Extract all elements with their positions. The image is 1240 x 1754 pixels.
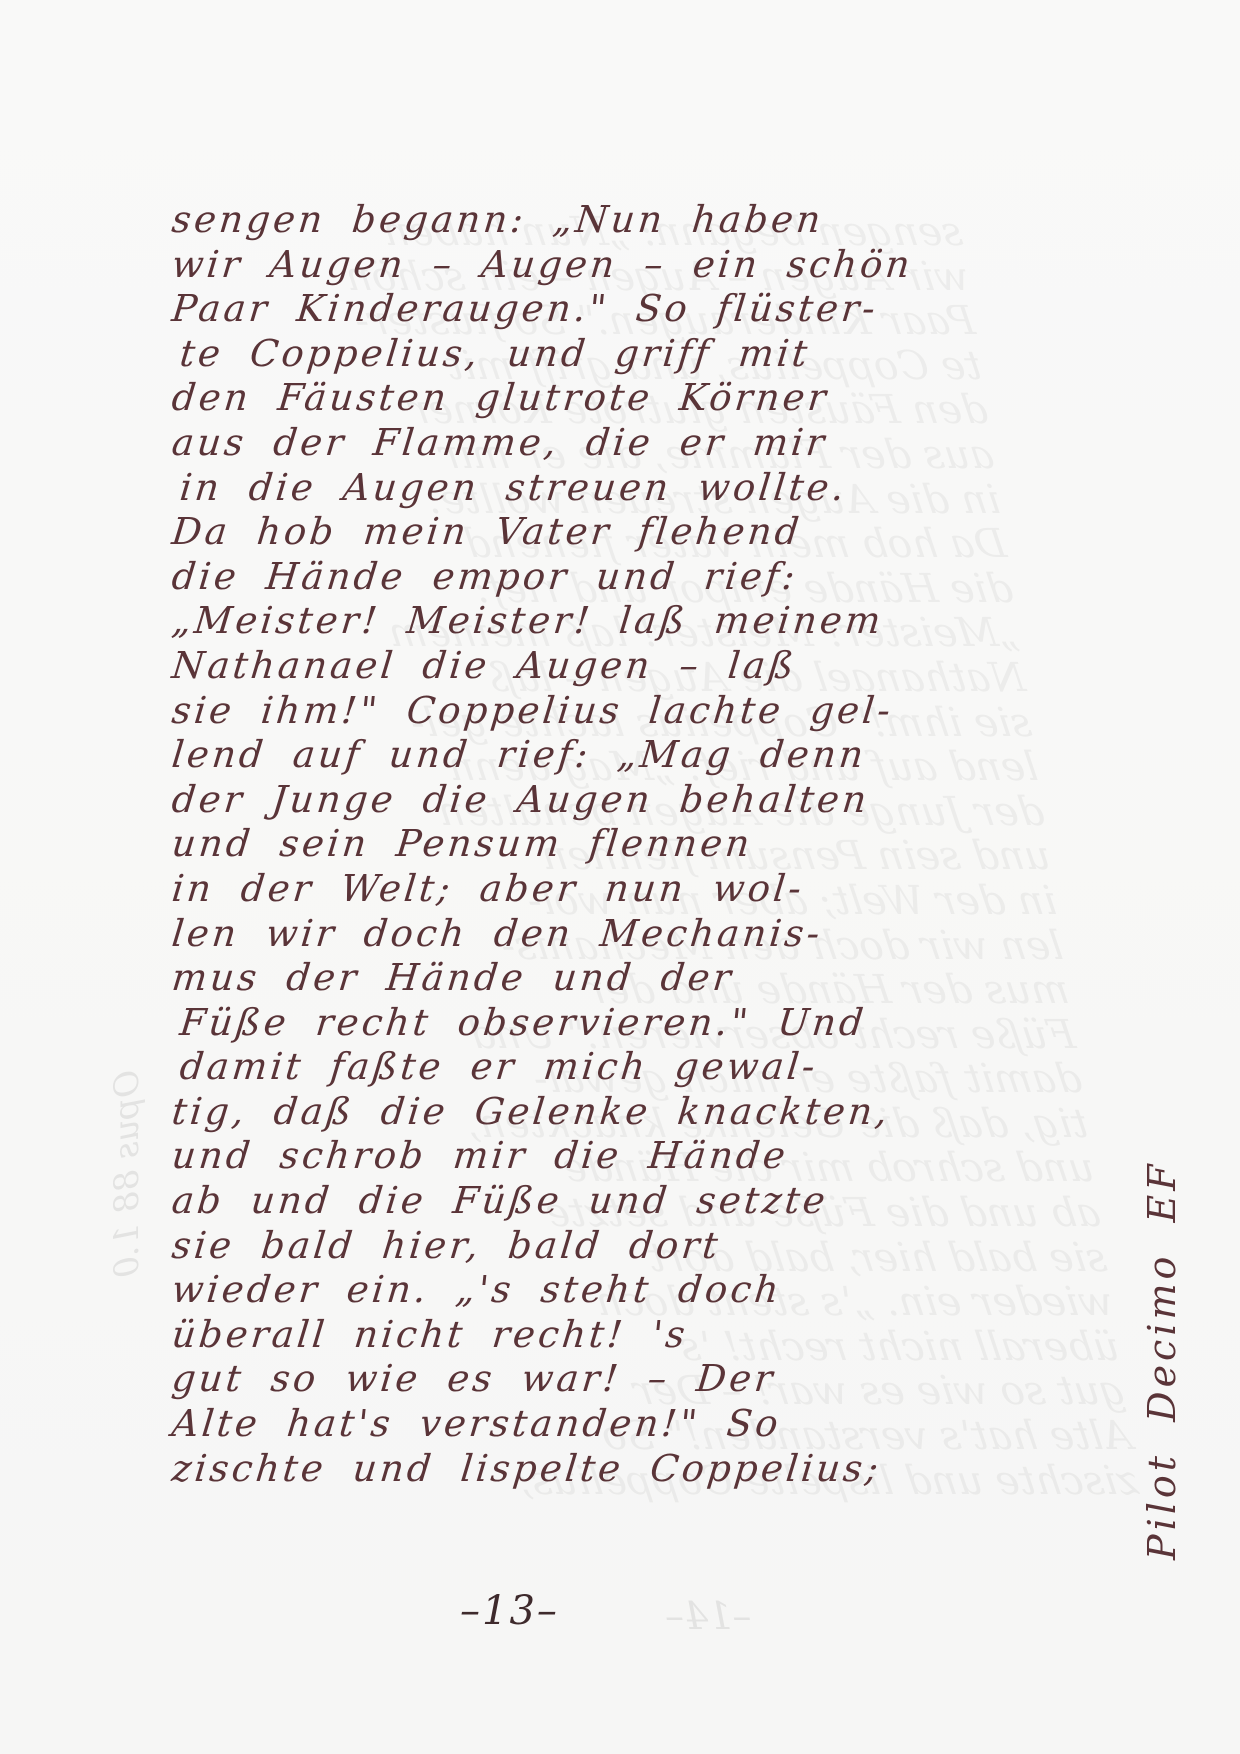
manuscript-line: Da hob mein Vater flehend [170,510,1075,555]
manuscript-line: Nathanael die Augen – laß [170,644,1075,689]
manuscript-line: den Fäusten glutrote Körner [170,376,1075,421]
manuscript-line: Alte hat's verstanden!" So [170,1402,1075,1447]
page-number: –13– [460,1588,559,1634]
manuscript-line: „Meister! Meister! laß meinem [170,599,1075,644]
manuscript-line: mus der Hände und der [170,956,1075,1001]
manuscript-line: sie ihm!" Coppelius lachte gel- [170,689,1075,734]
manuscript-line: aus der Flamme, die er mir [170,421,1075,466]
manuscript-line: und sein Pensum flennen [170,822,1075,867]
manuscript-line: lend auf und rief: „Mag denn [170,733,1075,778]
manuscript-line: tig, daß die Gelenke knackten, [170,1090,1075,1135]
manuscript-line: te Coppelius, und griff mit [170,332,1075,377]
manuscript-line: Paar Kinderaugen." So flüster- [170,287,1075,332]
bleed-through-side-note: Opus 88 1.0 [107,1070,147,1278]
manuscript-line: sengen begann: „Nun haben [170,198,1075,243]
manuscript-line: wir Augen – Augen – ein schön [170,243,1075,288]
pen-annotation: Pilot Decimo EF [1140,1160,1184,1560]
manuscript-line: sie bald hier, bald dort [170,1224,1075,1269]
manuscript-line: überall nicht recht! 's [170,1313,1075,1358]
manuscript-line: der Junge die Augen behalten [170,778,1075,823]
manuscript-line: zischte und lispelte Coppelius; [170,1447,1075,1492]
manuscript-line: wieder ein. „'s steht doch [170,1268,1075,1313]
manuscript-line: die Hände empor und rief: [170,555,1075,600]
manuscript-line: und schrob mir die Hände [170,1134,1075,1179]
bleed-through-page-number: –14– [665,1594,751,1638]
manuscript-line: Füße recht observieren." Und [170,1001,1075,1046]
manuscript-line: in die Augen streuen wollte. [170,466,1075,511]
manuscript-page: sengen begann: „Nun habenwir Augen – Aug… [0,0,1240,1754]
handwritten-text-block: sengen begann: „Nun habenwir Augen – Aug… [172,198,1072,1491]
manuscript-line: len wir doch den Mechanis- [170,912,1075,957]
manuscript-line: ab und die Füße und setzte [170,1179,1075,1224]
manuscript-line: in der Welt; aber nun wol- [170,867,1075,912]
manuscript-line: damit faßte er mich gewal- [170,1045,1075,1090]
manuscript-line: gut so wie es war! – Der [170,1357,1075,1402]
